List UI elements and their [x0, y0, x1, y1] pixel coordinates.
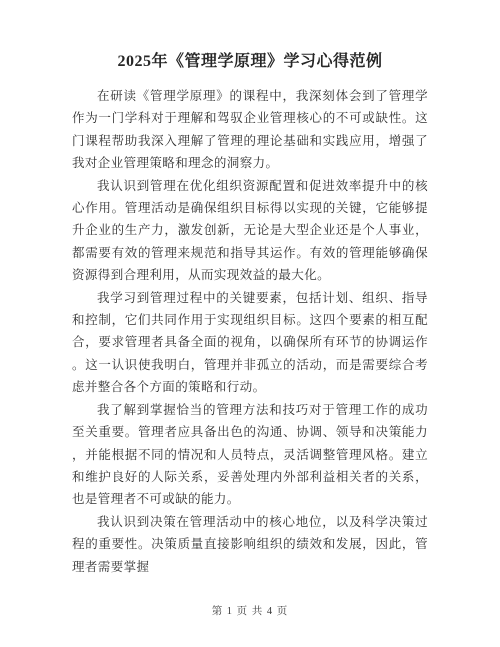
document-content: 2025年《管理学原理》学习心得范例 在研读《管理学原理》的课程中，我深刻体会到…	[72, 50, 428, 578]
paragraph-list: 在研读《管理学原理》的课程中，我深刻体会到了管理学作为一门学科对于理解和驾驭企业…	[72, 85, 428, 578]
paragraph-3: 我学习到管理过程中的关键要素，包括计划、组织、指导和控制，它们共同作用于实现组织…	[72, 287, 428, 399]
paragraph-2: 我认识到管理在优化组织资源配置和促进效率提升中的核心作用。管理活动是确保组织目标…	[72, 175, 428, 287]
paragraph-4: 我了解到掌握恰当的管理方法和技巧对于管理工作的成功至关重要。管理者应具备出色的沟…	[72, 399, 428, 511]
page-number-footer: 第 1 页 共 4 页	[0, 603, 500, 618]
paragraph-1: 在研读《管理学原理》的课程中，我深刻体会到了管理学作为一门学科对于理解和驾驭企业…	[72, 85, 428, 175]
document-title: 2025年《管理学原理》学习心得范例	[72, 50, 428, 74]
document-page: 2025年《管理学原理》学习心得范例 在研读《管理学原理》的课程中，我深刻体会到…	[0, 0, 500, 647]
paragraph-5: 我认识到决策在管理活动中的核心地位，以及科学决策过程的重要性。决策质量直接影响组…	[72, 511, 428, 578]
